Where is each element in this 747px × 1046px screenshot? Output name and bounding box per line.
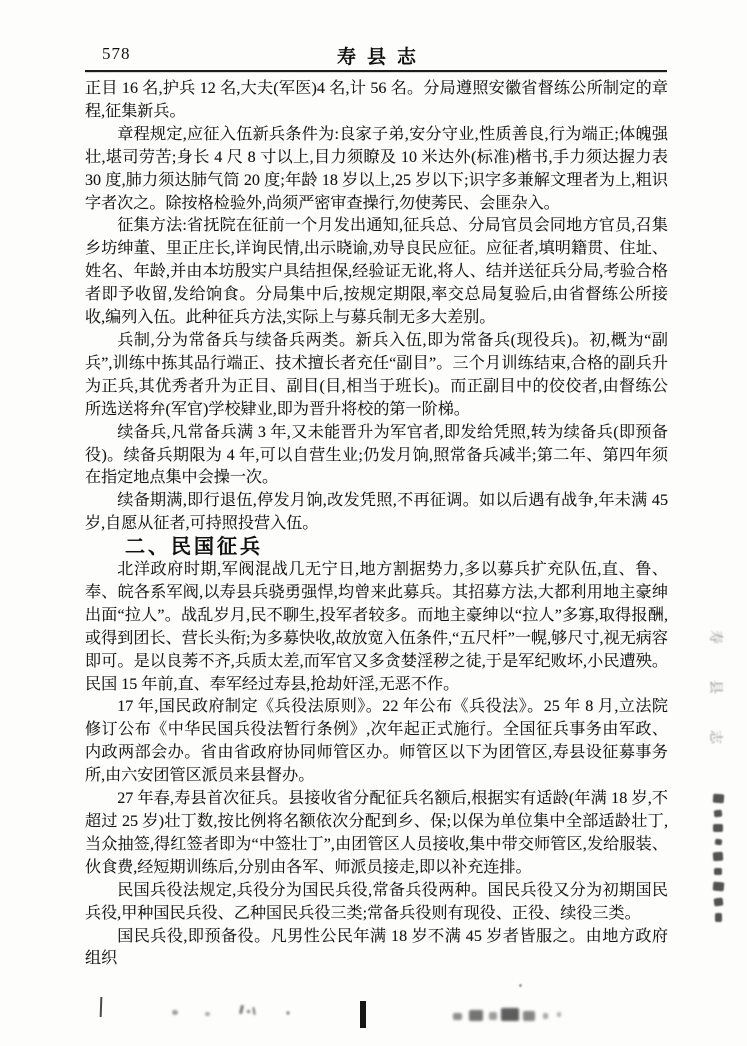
paragraph: 兵制,分为常备兵与续备兵两类。新兵入伍,即为常备兵(现役兵)。初,概为“副兵”,… bbox=[85, 330, 668, 422]
paragraph-continuation: 正目 16 名,护兵 12 名,大夫(军医)4 名,计 56 名。分局遵照安徽省… bbox=[85, 78, 668, 124]
fore-edge-smudge-marks bbox=[711, 794, 725, 922]
page-body: 正目 16 名,护兵 12 名,大夫(军医)4 名,计 56 名。分局遵照安徽省… bbox=[85, 78, 668, 971]
scan-artifact-speck bbox=[286, 1011, 290, 1015]
paragraph: 续备期满,即行退伍,停发月饷,改发凭照,不再征调。如以后遇有战争,年未满 45 … bbox=[85, 490, 668, 536]
running-title: 寿县志 bbox=[85, 42, 668, 69]
paragraph: 征集方法:省抚院在征前一个月发出通知,征兵总、分局官员会同地方官员,召集乡坊绅董… bbox=[85, 215, 668, 330]
page-header: 578 寿县志 bbox=[85, 42, 668, 66]
section-heading: 二、民国征兵 bbox=[85, 536, 668, 559]
paragraph: 续备兵,凡常备兵满 3 年,又未能晋升为军官者,即发给凭照,转为续备兵(即预备役… bbox=[85, 422, 668, 491]
header-rule bbox=[85, 70, 667, 72]
scan-artifact-bar bbox=[360, 1001, 366, 1028]
paragraph: 章程规定,应征入伍新兵条件为:良家子弟,安分守业,性质善良,行为端正;体魄强壮,… bbox=[85, 124, 668, 216]
paragraph: 17 年,国民政府制定《兵役法原则》。22 年公布《兵役法》。25 年 8 月,… bbox=[85, 696, 668, 788]
scan-artifact-speck bbox=[172, 1010, 178, 1015]
document-page: 578 寿县志 正目 16 名,护兵 12 名,大夫(军医)4 名,计 56 名… bbox=[0, 0, 747, 1046]
scan-artifact-smudge bbox=[453, 1007, 571, 1024]
fore-edge-title: 寿县志 bbox=[706, 630, 726, 780]
paragraph: 27 年春,寿县首次征兵。县接收省分配征兵名额后,根据实有适龄(年满 18 岁,… bbox=[85, 788, 668, 880]
paragraph-cutoff: 国民兵役,即预备役。凡男性公民年满 18 岁不满 45 岁者皆服之。由地方政府组… bbox=[85, 926, 668, 972]
scan-artifact-dot bbox=[519, 984, 522, 987]
scan-artifact-speck-cluster bbox=[238, 1004, 260, 1020]
scan-artifact-tick bbox=[100, 997, 103, 1017]
scan-artifact-speck bbox=[205, 1012, 210, 1016]
paragraph: 北洋政府时期,军阀混战几无宁日,地方割据势力,多以募兵扩充队伍,直、鲁、奉、皖各… bbox=[85, 559, 668, 696]
paragraph: 民国兵役法规定,兵役分为国民兵役,常备兵役两种。国民兵役又分为初期国民兵役,甲种… bbox=[85, 880, 668, 926]
